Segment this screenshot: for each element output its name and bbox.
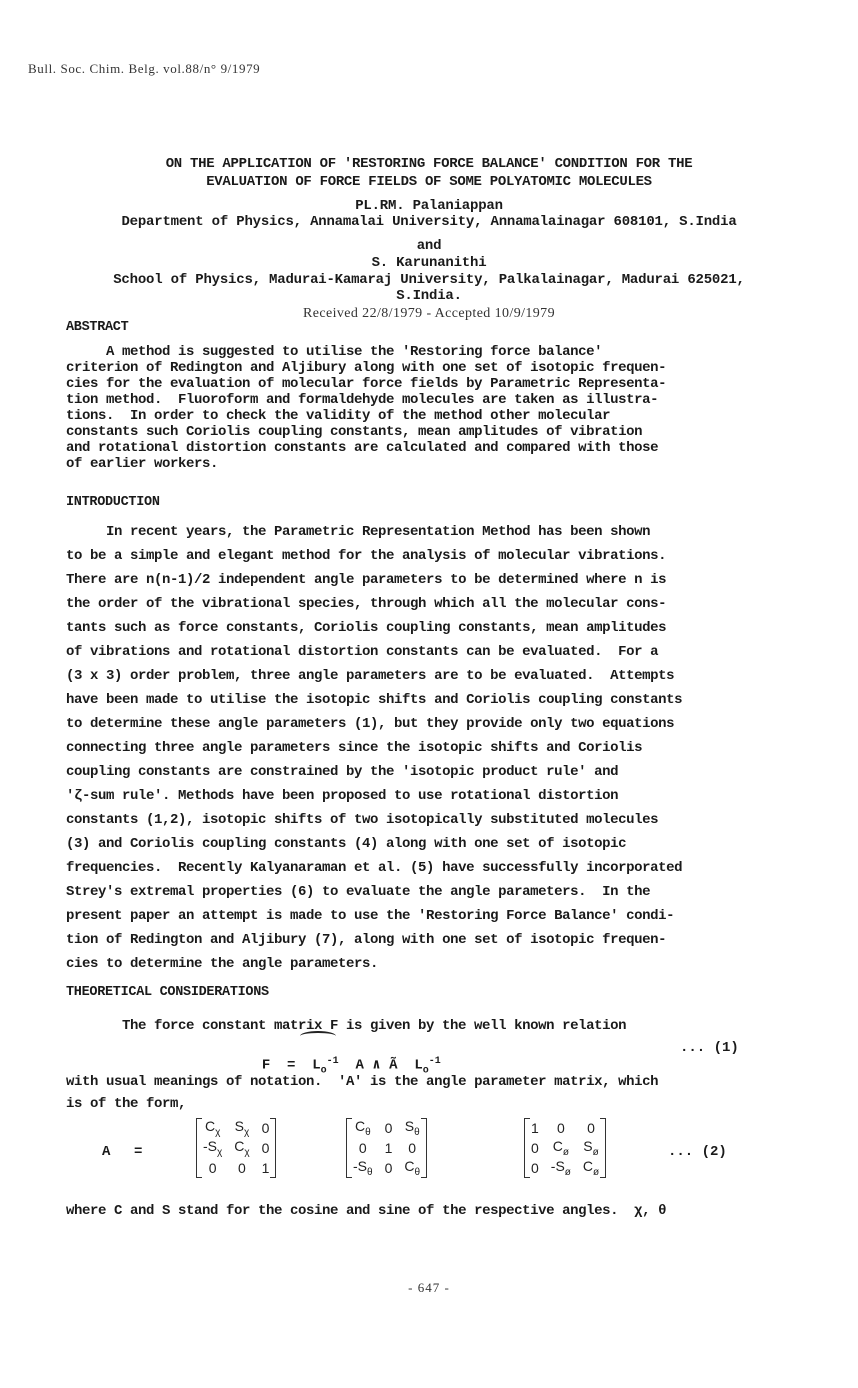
introduction-body: In recent years, the Parametric Represen… <box>66 520 806 976</box>
abstract-line: criterion of Redington and Aljibury alon… <box>66 360 806 376</box>
abstract-line: and rotational distortion constants are … <box>66 440 806 456</box>
equation-2-number: ... (2) <box>668 1144 727 1160</box>
introduction-line: 'ζ-sum rule'. Methods have been proposed… <box>66 784 806 808</box>
introduction-line: (3 x 3) order problem, three angle param… <box>66 664 806 688</box>
introduction-line: constants (1,2), isotopic shifts of two … <box>66 808 806 832</box>
abstract-body: A method is suggested to utilise the 'Re… <box>66 344 806 472</box>
eq1-inverse2: -1 <box>429 1056 441 1067</box>
introduction-line: tion of Redington and Aljibury (7), alon… <box>66 928 806 952</box>
matrix-cell: 0 <box>228 1158 255 1178</box>
introduction-line: tants such as force constants, Coriolis … <box>66 616 806 640</box>
author-1: PL.RM. Palaniappan <box>0 198 858 214</box>
equation-1-number: ... (1) <box>680 1040 739 1056</box>
eq2-equals: = <box>134 1144 142 1160</box>
affiliation-2-line-2: S.India. <box>0 288 858 304</box>
paper-title-line-1: ON THE APPLICATION OF 'RESTORING FORCE B… <box>0 156 858 172</box>
abstract-line: cies for the evaluation of molecular for… <box>66 376 806 392</box>
introduction-line: present paper an attempt is made to use … <box>66 904 806 928</box>
matrix-phi: 1000CøSø0-SøCø <box>524 1118 606 1178</box>
introduction-line: cies to determine the angle parameters. <box>66 952 806 976</box>
introduction-heading: INTRODUCTION <box>66 495 160 510</box>
eq2-lhs: A <box>102 1144 110 1160</box>
abstract-heading: ABSTRACT <box>66 320 128 335</box>
introduction-line: coupling constants are constrained by th… <box>66 760 806 784</box>
abstract-line: A method is suggested to utilise the 'Re… <box>66 344 806 360</box>
abstract-line: constants such Coriolis coupling constan… <box>66 424 806 440</box>
matrix-cell: 0 <box>379 1158 399 1178</box>
introduction-line: to determine these angle parameters (1),… <box>66 712 806 736</box>
journal-citation: Bull. Soc. Chim. Belg. vol.88/n° 9/1979 <box>28 61 260 77</box>
matrix-theta: Cθ0Sθ010-Sθ0Cθ <box>346 1118 427 1178</box>
introduction-line: There are n(n-1)/2 independent angle par… <box>66 568 806 592</box>
eq1-equals: = <box>287 1058 295 1074</box>
introduction-line: In recent years, the Parametric Represen… <box>66 520 806 544</box>
eq1-L2: L <box>414 1058 422 1074</box>
matrix-cell: Sχ <box>228 1118 255 1138</box>
introduction-line: have been made to utilise the isotopic s… <box>66 688 806 712</box>
eq1-lhs: F <box>262 1058 270 1074</box>
introduction-line: to be a simple and elegant method for th… <box>66 544 806 568</box>
introduction-line: connecting three angle parameters since … <box>66 736 806 760</box>
matrix-chi: CχSχ0-SχCχ0001 <box>196 1118 276 1178</box>
matrix-cell: Cø <box>545 1138 577 1158</box>
affiliation-2-line-1: School of Physics, Madurai-Kamaraj Unive… <box>0 272 858 288</box>
introduction-line: Strey's extremal properties (6) to evalu… <box>66 880 806 904</box>
page-number: - 647 - <box>0 1280 858 1296</box>
theory-text-line-2: is of the form, <box>66 1096 806 1112</box>
matrix-cell: 0 <box>379 1118 399 1138</box>
paper-title-line-2: EVALUATION OF FORCE FIELDS OF SOME POLYA… <box>0 174 858 190</box>
abstract-line: tion method. Fluoroform and formaldehyde… <box>66 392 806 408</box>
abstract-line: tions. In order to check the validity of… <box>66 408 806 424</box>
theory-intro-line: The force constant matrix F is given by … <box>122 1018 858 1034</box>
eq1-inverse: -1 <box>327 1056 339 1067</box>
introduction-line: frequencies. Recently Kalyanaraman et al… <box>66 856 806 880</box>
matrix-cell: 0 <box>545 1118 577 1138</box>
eq1-L: L <box>312 1058 320 1074</box>
matrix-cell: 1 <box>379 1138 399 1158</box>
author-conjunction: and <box>0 238 858 254</box>
theory-text-line-3: where C and S stand for the cosine and s… <box>66 1203 806 1219</box>
matrix-cell: -Sø <box>545 1158 577 1178</box>
abstract-line: of earlier workers. <box>66 456 806 472</box>
theory-text-line-1: with usual meanings of notation. 'A' is … <box>66 1074 806 1090</box>
introduction-line: (3) and Coriolis coupling constants (4) … <box>66 832 806 856</box>
matrix-cell: Cχ <box>228 1138 255 1158</box>
theory-heading: THEORETICAL CONSIDERATIONS <box>66 985 269 1000</box>
received-accepted-dates: Received 22/8/1979 - Accepted 10/9/1979 <box>0 306 858 322</box>
eq1-middle: A ∧ Ã <box>356 1058 398 1074</box>
introduction-line: of vibrations and rotational distortion … <box>66 640 806 664</box>
equation-1: F = Lo-1 A ∧ Ã Lo-1 <box>245 1040 441 1076</box>
author-2: S. Karunanithi <box>0 255 858 271</box>
affiliation-1: Department of Physics, Annamalai Univers… <box>0 214 858 230</box>
introduction-line: the order of the vibrational species, th… <box>66 592 806 616</box>
